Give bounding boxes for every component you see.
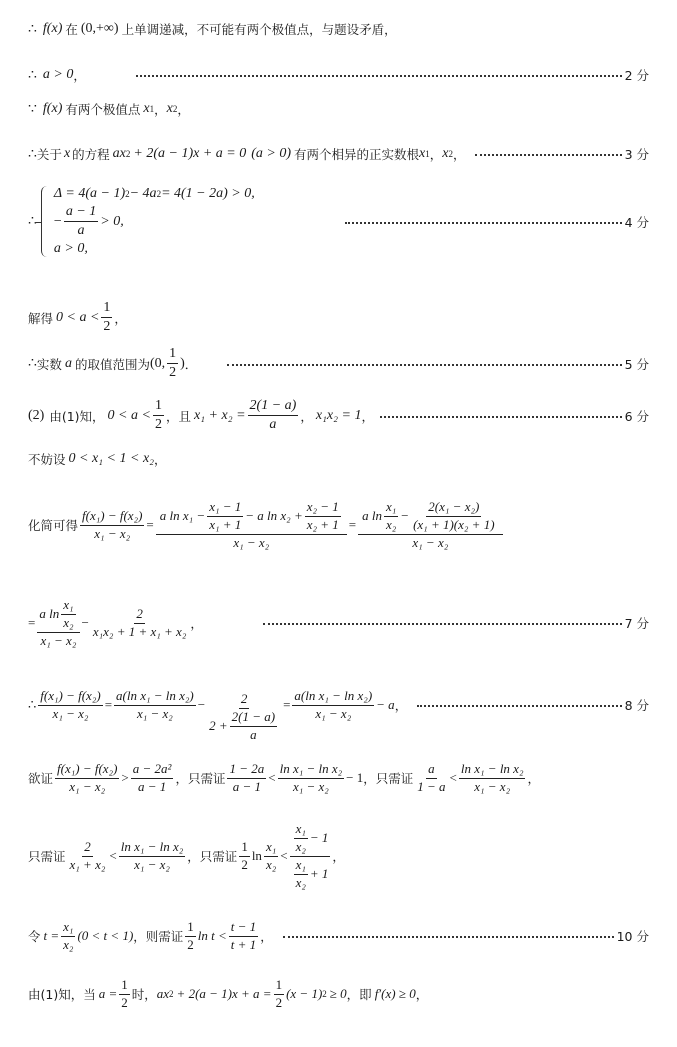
- fraction: x₁ x₂: [61, 598, 75, 631]
- text: 有两个相异的正实数根: [294, 145, 419, 163]
- denominator: x₂: [294, 839, 308, 855]
- dotted-leader: [345, 222, 622, 224]
- dotted-leader: [417, 705, 621, 707]
- inequality: 0 < a <: [56, 310, 99, 326]
- denominator: x₁ − x₂: [39, 633, 79, 649]
- expr: − a: [376, 697, 395, 713]
- numerator: 1: [185, 920, 196, 937]
- fraction-difference-quotient: f(x₁) − f(x₂) x₁ − x₂: [80, 509, 144, 542]
- numerator: 2(1 − a): [248, 398, 299, 416]
- fraction: x₁ − 1 x₁ + 1: [207, 500, 243, 533]
- fraction: x₁ x₂: [294, 822, 308, 855]
- denominator: a: [76, 222, 87, 239]
- dotted-leader: [283, 936, 614, 938]
- punct: ，: [114, 309, 127, 327]
- punct: ，: [453, 145, 466, 163]
- text: ，只需证: [363, 769, 413, 787]
- fraction: ln x₁ − ln x₂ x₁ − x₂: [459, 762, 526, 795]
- fraction: ln x₁ − ln x₂ x₁ − x₂: [278, 762, 345, 795]
- fraction-nested: 2 2 + 2(1 − a) a: [207, 692, 281, 743]
- denominator: 1 − a: [415, 779, 447, 795]
- fraction: x₂ − 1 x₂ + 1: [305, 500, 341, 533]
- equals: =: [146, 517, 153, 533]
- denominator: x₂: [61, 615, 75, 631]
- fraction: 2(x₁ − x₂) (x₁ + 1)(x₂ + 1): [411, 500, 496, 533]
- exponent: 2: [322, 989, 327, 999]
- expr: − 4a: [130, 186, 157, 202]
- dotted-leader: [136, 75, 622, 77]
- denominator: x₁ x₂ + 1: [290, 857, 331, 891]
- exponent: 2: [169, 989, 174, 999]
- denominator: x₂: [384, 517, 398, 533]
- denominator: x₁ − x₂: [408, 535, 452, 551]
- text: 由(1)知，当: [28, 985, 96, 1003]
- expr: a ln: [362, 509, 382, 524]
- inequality: 0 < x₁ < 1 < x₂: [69, 451, 155, 467]
- numerator: 1: [167, 346, 178, 364]
- numerator: a(ln x₁ − ln x₂): [114, 689, 196, 706]
- line-solve-a: 解得 0 < a < 1 2 ，: [28, 300, 649, 335]
- derivative-expr: f′(x) ≥ 0: [375, 986, 416, 1002]
- numerator: x₂ − 1: [305, 500, 341, 517]
- denominator: x₂: [294, 875, 308, 891]
- numerator: 2: [82, 840, 93, 857]
- line-quotient-expression: ∴ f(x₁) − f(x₂) x₁ − x₂ = a(ln x₁ − ln x…: [28, 680, 649, 731]
- fraction-half: 1 2: [167, 346, 178, 381]
- punct: ，: [154, 450, 167, 468]
- expr: 2 +: [209, 719, 228, 734]
- part-label: (2): [28, 408, 44, 424]
- line-range-of-a: ∴ 实数 a 的取值范围为 (0, 1 2 ) ． 5 分: [28, 346, 649, 381]
- var-a: a: [65, 356, 72, 372]
- score-label: 3 分: [625, 145, 649, 163]
- system-row-a-positive: a > 0,: [54, 241, 255, 257]
- greater-than: >: [121, 770, 128, 786]
- fraction-simplified: a ln x₁ x₂ − 2(x₁ − x₂) (x₁ + 1)(x₂ + 1)…: [358, 500, 502, 551]
- punct: ，: [395, 696, 408, 714]
- inequality-system: Δ = 4(a − 1)2 − 4a2 = 4(1 − 2a) > 0, − a…: [37, 186, 255, 257]
- punct: ，: [260, 927, 273, 945]
- denominator: t + 1: [229, 937, 258, 953]
- fraction: x₁ x₂: [264, 840, 278, 873]
- line-monotonic-decreasing: ∴ f(x) 在 (0,+∞) 上单调递减，不可能有两个极值点，与题设矛盾，: [28, 20, 649, 38]
- numerator: x₁: [384, 500, 398, 517]
- denominator: 2: [119, 995, 130, 1011]
- condition: (a > 0): [251, 146, 291, 162]
- dotted-leader: [475, 154, 621, 156]
- numerator: a − 2a²: [131, 762, 174, 779]
- dotted-leader: [227, 364, 621, 366]
- numerator: 2: [239, 692, 250, 709]
- denominator: x₁ − x₂: [51, 706, 91, 722]
- punct: ，: [300, 407, 313, 425]
- line-wlog: 不妨设 0 < x₁ < 1 < x₂ ，: [28, 450, 649, 468]
- numerator: ln x₁ − ln x₂: [119, 840, 186, 857]
- equals: =: [105, 697, 112, 713]
- condition: (0 < t < 1): [77, 928, 133, 944]
- numerator: a: [426, 762, 437, 779]
- numerator: x₁ − 1: [207, 500, 243, 517]
- dotted-leader: [263, 623, 622, 625]
- fraction: a 1 − a: [415, 762, 447, 795]
- therefore-symbol: ∴: [28, 355, 37, 372]
- denominator: 2: [167, 364, 178, 381]
- score-label: 2 分: [625, 66, 649, 84]
- denominator: x₁ − x₂: [472, 779, 512, 795]
- expr: ≥ 0: [330, 986, 347, 1002]
- text: 欲证: [28, 769, 53, 787]
- equals: =: [349, 517, 356, 533]
- score-label: 8 分: [625, 696, 649, 714]
- fraction-half: 1 2: [119, 978, 130, 1011]
- denominator: 2: [239, 857, 250, 873]
- inequality: 0 < a <: [108, 408, 151, 424]
- numerator: x₁: [61, 598, 75, 615]
- numerator: x₁: [294, 822, 308, 839]
- score-label: 7 分: [625, 614, 649, 632]
- denominator: x₁x₂ + 1 + x₁ + x₂: [91, 624, 188, 640]
- text: 实数: [37, 355, 62, 373]
- denominator: 2: [274, 995, 285, 1011]
- denominator: x₁ + 1: [207, 517, 243, 533]
- line-substitute-t: 令 t = x₁ x₂ (0 < t < 1) ，则需证 1 2 ln t < …: [28, 920, 649, 953]
- less-than: <: [268, 770, 275, 786]
- minus: −: [400, 509, 409, 524]
- line-simplify: 化简可得 f(x₁) − f(x₂) x₁ − x₂ = a ln x₁ − x…: [28, 500, 649, 551]
- score-label: 6 分: [625, 407, 649, 425]
- denominator: x₁ − x₂: [135, 706, 175, 722]
- expr: − a ln x₂ +: [245, 509, 302, 524]
- numerator: f(x₁) − f(x₂): [55, 762, 119, 779]
- fraction: 2(1 − a) a: [248, 398, 299, 433]
- minus: −: [82, 615, 89, 631]
- expr: − 1: [310, 831, 329, 846]
- expr: t =: [44, 928, 60, 944]
- text: ，只需证: [187, 847, 237, 865]
- score-label: 10 分: [617, 927, 649, 945]
- numerator: x₁: [264, 840, 278, 857]
- left-brace: [41, 186, 50, 257]
- fraction: 2 x₁ + x₂: [68, 840, 108, 873]
- denominator: a − 1: [231, 779, 263, 795]
- fraction: x₁ x₂: [61, 920, 75, 953]
- equation: ax: [113, 146, 126, 162]
- fraction: t − 1 t + 1: [229, 920, 258, 953]
- expr: ln t <: [198, 928, 227, 944]
- numerator: 1: [119, 978, 130, 995]
- because-symbol: ∵: [28, 101, 37, 118]
- text: 不妨设: [28, 450, 66, 468]
- line-only-need-prove: 只需证 2 x₁ + x₂ < ln x₁ − ln x₂ x₁ − x₂ ，只…: [28, 822, 649, 891]
- fraction-difference-quotient: f(x₁) − f(x₂) x₁ − x₂: [38, 689, 102, 722]
- line-two-extrema: ∵ f(x) 有两个极值点 x1 ， x2 ，: [28, 100, 649, 118]
- denominator: x₁ − x₂: [67, 779, 107, 795]
- fraction: ln x₁ − ln x₂ x₁ − x₂: [119, 840, 186, 873]
- numerator: f(x₁) − f(x₂): [80, 509, 144, 526]
- fraction: x₁ x₂: [384, 500, 398, 533]
- fraction-difference-quotient: f(x₁) − f(x₂) x₁ − x₂: [55, 762, 119, 795]
- denominator: x₁ + x₂: [68, 857, 108, 873]
- line-a-positive: ∴ a > 0 ， 2 分: [28, 66, 649, 84]
- expr: a ln: [39, 607, 59, 622]
- dotted-leader: [380, 416, 622, 418]
- expr: = 4(1 − 2a) > 0,: [161, 186, 255, 202]
- less-than: <: [450, 770, 457, 786]
- fraction-half: 1 2: [239, 840, 250, 873]
- system-row-sum: − a − 1 a > 0,: [54, 204, 255, 239]
- product-roots: x₁x₂ = 1: [316, 408, 362, 424]
- expr: ax: [157, 986, 169, 1002]
- denominator: x₂: [264, 857, 278, 873]
- text: 上单调递减，不可能有两个极值点，与题设矛盾，: [122, 20, 397, 38]
- line-part-2-vieta: (2) 由(1)知， 0 < a < 1 2 ，且 x₁ + x₂ = 2(1 …: [28, 398, 649, 433]
- less-than: <: [280, 848, 287, 864]
- system-row-discriminant: Δ = 4(a − 1)2 − 4a2 = 4(1 − 2a) > 0,: [54, 186, 255, 202]
- numerator: 2(x₁ − x₂): [426, 500, 481, 517]
- denominator: 2: [101, 318, 112, 335]
- equation: + 2(a − 1)x + a = 0: [133, 146, 246, 162]
- text: 化简可得: [28, 516, 78, 534]
- denominator: x₁ − x₂: [291, 779, 331, 795]
- therefore-symbol: ∴: [28, 146, 37, 163]
- punct: ，: [332, 847, 345, 865]
- line-to-prove: 欲证 f(x₁) − f(x₂) x₁ − x₂ > a − 2a² a − 1…: [28, 762, 649, 795]
- text: 解得: [28, 309, 53, 327]
- numerator: 1: [274, 978, 285, 995]
- expr: a > 0,: [54, 241, 88, 257]
- punct: ，: [73, 66, 86, 84]
- numerator: a ln x₁ x₂ − 2(x₁ − x₂) (x₁ + 1)(x₂ + 1): [358, 500, 502, 535]
- fraction-half: 1 2: [101, 300, 112, 335]
- fraction: a(ln x₁ − ln x₂) x₁ − x₂: [114, 689, 196, 722]
- text: 令: [28, 927, 41, 945]
- numerator: a(ln x₁ − ln x₂): [292, 689, 374, 706]
- text: 的取值范围为: [75, 355, 150, 373]
- numerator: f(x₁) − f(x₂): [38, 689, 102, 706]
- numerator: 2: [134, 607, 145, 624]
- text: 只需证: [28, 847, 66, 865]
- therefore-symbol: ∴: [28, 67, 37, 84]
- denominator: a: [248, 727, 259, 743]
- therefore-symbol: ∴: [28, 697, 36, 713]
- line-system-conditions: ∴ Δ = 4(a − 1)2 − 4a2 = 4(1 − 2a) > 0, −…: [28, 186, 649, 257]
- fraction: 1 − 2a a − 1: [227, 762, 266, 795]
- score-label: 5 分: [625, 355, 649, 373]
- denominator: (x₁ + 1)(x₂ + 1): [411, 517, 496, 533]
- fraction-compound: x₁ x₂ − 1 x₁ x₂ + 1: [290, 822, 331, 891]
- fraction-log-ratio: a ln x₁ x₂ x₁ − x₂: [37, 598, 79, 649]
- therefore-symbol: ∴: [28, 21, 37, 38]
- numerator: t − 1: [229, 920, 258, 937]
- fraction: 2 x₁x₂ + 1 + x₁ + x₂: [91, 607, 188, 640]
- line-derivative-nonneg: 由(1)知，当 a = 1 2 时， ax2 + 2(a − 1)x + a =…: [28, 978, 649, 1011]
- numerator: 1: [239, 840, 250, 857]
- inequality: a > 0: [43, 67, 73, 83]
- punct: ，: [154, 100, 167, 118]
- denominator: x₁ − x₂: [313, 706, 353, 722]
- text: 由(1)知，: [49, 407, 104, 425]
- punct: ，: [430, 145, 443, 163]
- sum-roots: x₁ + x₂ =: [194, 408, 246, 424]
- text: 时，: [132, 985, 157, 1003]
- numerator: 1 − 2a: [227, 762, 266, 779]
- ln: ln: [252, 848, 262, 864]
- denominator: 2: [185, 937, 196, 953]
- fraction-half: 1 2: [185, 920, 196, 953]
- expr: Δ = 4(a − 1): [54, 186, 125, 202]
- fraction: x₁ x₂: [294, 858, 308, 891]
- numerator: 2(1 − a): [230, 710, 277, 727]
- interval-open: (0,: [150, 356, 165, 372]
- equals: =: [283, 697, 290, 713]
- denominator: x₂ + 1: [305, 517, 341, 533]
- punct: ，: [177, 100, 190, 118]
- text: ，只需证: [175, 769, 225, 787]
- numerator: a ln x₁ − x₁ − 1 x₁ + 1 − a ln x₂ + x₂ −…: [156, 500, 347, 535]
- function-fx: f(x): [43, 21, 62, 37]
- denominator: a − 1: [136, 779, 168, 795]
- numerator: ln x₁ − ln x₂: [278, 762, 345, 779]
- interval: (0,+∞): [81, 21, 119, 37]
- fraction-expanded: a ln x₁ − x₁ − 1 x₁ + 1 − a ln x₂ + x₂ −…: [156, 500, 347, 551]
- denominator: 2: [153, 416, 164, 433]
- numerator: x₁ x₂ − 1: [290, 822, 331, 857]
- fraction: a − 2a² a − 1: [131, 762, 174, 795]
- punct: ，: [416, 985, 429, 1003]
- score-label: 4 分: [625, 213, 649, 231]
- line-quadratic-roots: ∴ 关于 x 的方程 ax2 + 2(a − 1)x + a = 0 (a > …: [28, 145, 649, 163]
- punct: ，: [361, 407, 374, 425]
- expr: + 2(a − 1)x + a =: [177, 986, 272, 1002]
- numerator: 1: [101, 300, 112, 318]
- expr: > 0,: [100, 214, 123, 230]
- denominator: x₂: [61, 937, 75, 953]
- denominator: x₁ − x₂: [229, 535, 273, 551]
- expr: a ln x₁ −: [160, 509, 205, 524]
- var-x: x: [64, 146, 70, 162]
- expr: + 1: [310, 867, 329, 882]
- punct: ，: [190, 614, 203, 632]
- minus: −: [54, 214, 62, 230]
- text: 有两个极值点: [65, 100, 140, 118]
- numerator: a − 1: [64, 204, 98, 222]
- text: 的方程: [72, 145, 110, 163]
- text: 在: [65, 20, 78, 38]
- denominator: 2 + 2(1 − a) a: [207, 709, 281, 743]
- text: 关于: [37, 145, 62, 163]
- denominator: x₁ − x₂: [92, 526, 132, 542]
- fraction-half: 1 2: [153, 398, 164, 433]
- expr: − 1: [346, 770, 363, 786]
- expr: (x − 1): [286, 986, 322, 1002]
- text: ，则需证: [133, 927, 183, 945]
- fraction: 2(1 − a) a: [230, 710, 277, 743]
- numerator: a ln x₁ x₂: [37, 598, 79, 633]
- numerator: x₁: [294, 858, 308, 875]
- line-continued-simplify: = a ln x₁ x₂ x₁ − x₂ − 2 x₁x₂ + 1 + x₁ +…: [28, 598, 649, 649]
- text: ，且: [166, 407, 191, 425]
- exponent: 2: [126, 149, 131, 159]
- minus: −: [198, 697, 205, 713]
- numerator: x₁: [61, 920, 75, 937]
- text: ，即: [347, 985, 372, 1003]
- expr: a =: [99, 986, 118, 1002]
- denominator: x₁ − x₂: [132, 857, 172, 873]
- fraction: a(ln x₁ − ln x₂) x₁ − x₂: [292, 689, 374, 722]
- numerator: 1: [153, 398, 164, 416]
- punct: ．: [185, 355, 198, 373]
- equals: =: [28, 615, 35, 631]
- fraction: a − 1 a: [64, 204, 98, 239]
- function-fx: f(x): [43, 101, 62, 117]
- punct: ，: [527, 769, 540, 787]
- numerator: ln x₁ − ln x₂: [459, 762, 526, 779]
- less-than: <: [109, 848, 116, 864]
- denominator: a: [267, 416, 278, 433]
- fraction-half: 1 2: [274, 978, 285, 1011]
